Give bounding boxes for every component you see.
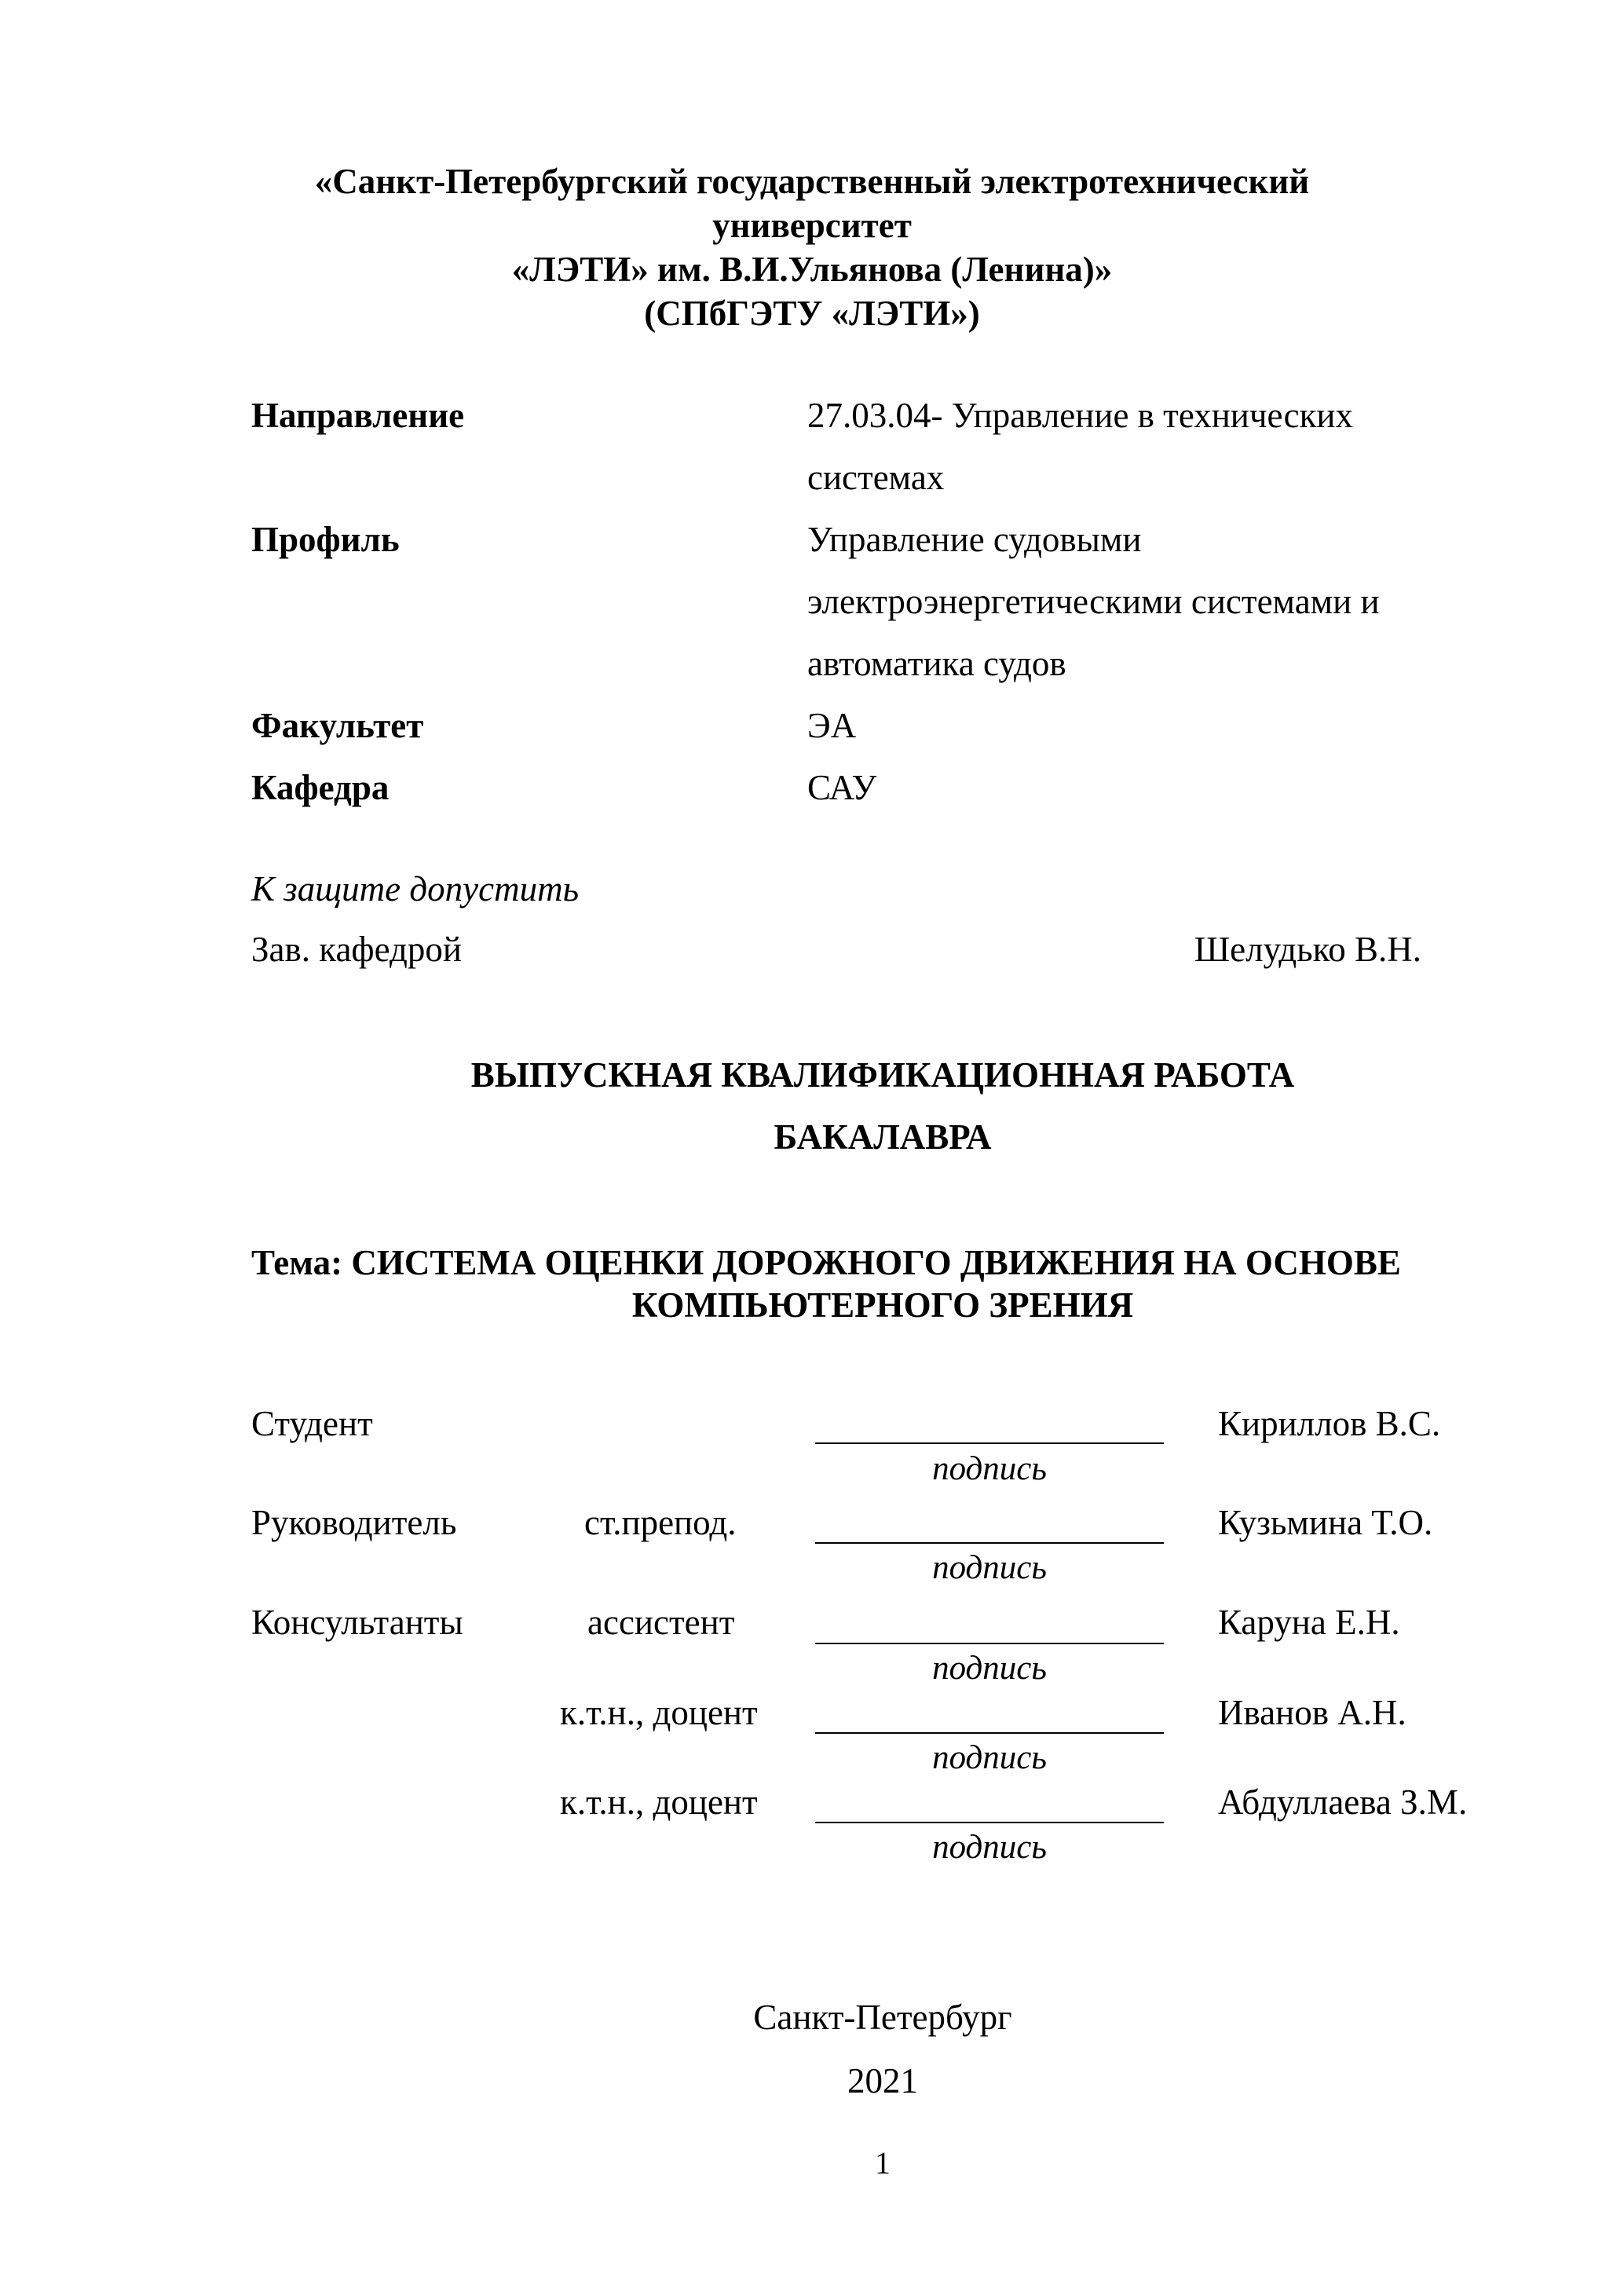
signature-position: ст.препод. xyxy=(584,1502,737,1543)
header-line: «ЛЭТИ» им. В.И.Ульянова (Ленина)» xyxy=(0,247,1624,291)
header-line: (СПбГЭТУ «ЛЭТИ») xyxy=(0,291,1624,335)
head-label: Зав. кафедрой xyxy=(251,929,462,970)
signature-caption: подпись xyxy=(815,1649,1164,1687)
direction-label: Направление xyxy=(251,395,464,436)
signature-name: Иванов А.Н. xyxy=(1218,1692,1406,1733)
profile-value: Управление судовыми xyxy=(807,519,1141,560)
department-value: САУ xyxy=(807,767,876,808)
work-type-line: ВЫПУСКНАЯ КВАЛИФИКАЦИОННАЯ РАБОТА xyxy=(71,1055,1624,1095)
signature-caption: подпись xyxy=(815,1450,1164,1488)
signature-caption: подпись xyxy=(815,1828,1164,1866)
admit-text: К защите допустить xyxy=(251,868,579,909)
city: Санкт-Петербург xyxy=(71,1997,1624,2038)
signature-line xyxy=(815,1643,1164,1644)
signature-role: Руководитель xyxy=(251,1502,456,1543)
signature-position: к.т.н., доцент xyxy=(560,1782,758,1823)
page-number: 1 xyxy=(71,2144,1624,2181)
faculty-label: Факультет xyxy=(251,705,423,746)
signature-name: Каруна Е.Н. xyxy=(1218,1602,1400,1643)
profile-label: Профиль xyxy=(251,519,400,560)
signature-caption: подпись xyxy=(815,1738,1164,1777)
topic-line: Тема: СИСТЕМА ОЦЕНКИ ДОРОЖНОГО ДВИЖЕНИЯ … xyxy=(251,1242,1401,1283)
profile-value: электроэнергетическими системами и xyxy=(807,581,1380,622)
topic-line: КОМПЬЮТЕРНОГО ЗРЕНИЯ xyxy=(71,1285,1624,1325)
head-name: Шелудько В.Н. xyxy=(1194,929,1421,970)
work-type-line: БАКАЛАВРА xyxy=(71,1117,1624,1157)
signature-position: ассистент xyxy=(587,1602,734,1643)
direction-value: 27.03.04- Управление в технических xyxy=(807,395,1353,436)
signature-caption: подпись xyxy=(815,1548,1164,1587)
signature-role: Консультанты xyxy=(251,1602,463,1643)
department-label: Кафедра xyxy=(251,767,389,808)
signature-name: Кузьмина Т.О. xyxy=(1218,1502,1432,1543)
profile-value: автоматика судов xyxy=(807,643,1066,684)
signature-line xyxy=(815,1442,1164,1444)
header-line: университет xyxy=(0,203,1624,247)
signature-position: к.т.н., доцент xyxy=(560,1692,758,1733)
signature-role: Студент xyxy=(251,1403,373,1444)
direction-value: системах xyxy=(807,457,944,498)
signature-name: Кириллов В.С. xyxy=(1218,1403,1440,1444)
signature-line xyxy=(815,1542,1164,1544)
signature-name: Абдуллаева З.М. xyxy=(1218,1782,1467,1823)
signature-line xyxy=(815,1822,1164,1823)
faculty-value: ЭА xyxy=(807,705,856,746)
signature-line xyxy=(815,1732,1164,1734)
year: 2021 xyxy=(71,2060,1624,2101)
header-line: «Санкт-Петербургский государственный эле… xyxy=(0,159,1624,203)
